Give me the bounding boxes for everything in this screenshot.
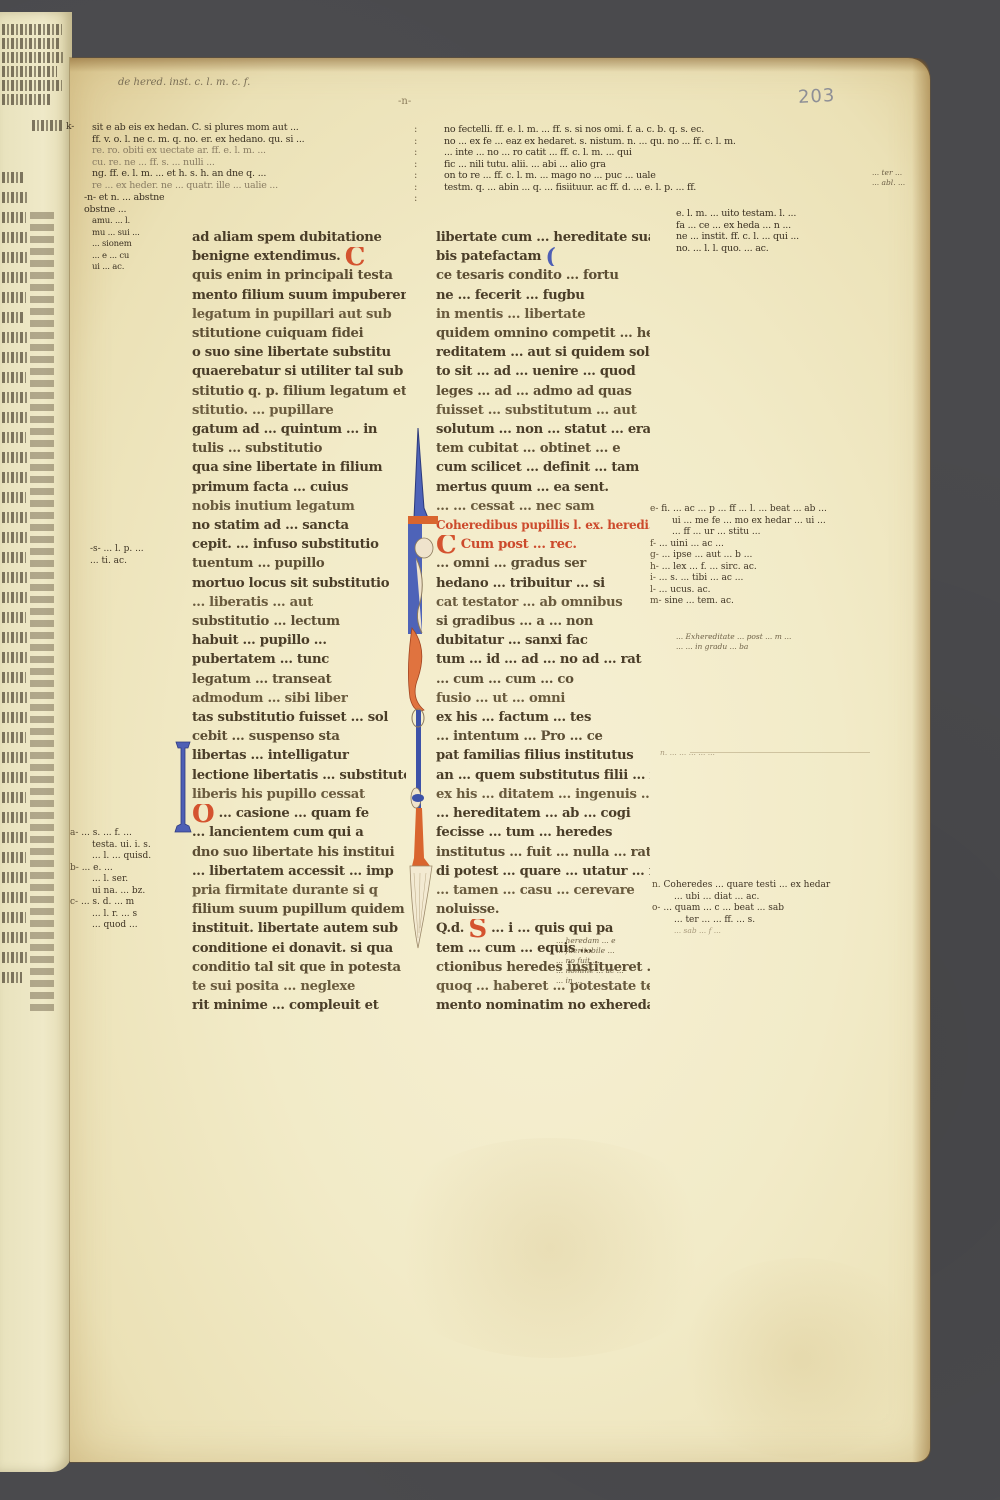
running-head: de hered. inst. c. l. m. c. f. bbox=[118, 77, 250, 88]
folio-number: 203 bbox=[797, 85, 835, 108]
top-gloss-left-marker: k- bbox=[66, 122, 74, 134]
red-initial-o: O bbox=[192, 805, 214, 823]
faint-note-below-column: ... heredam ... e ... fueritabile ... ..… bbox=[556, 936, 666, 986]
rubric-heading: Coheredibus pupillis l. ex. heredi. bbox=[436, 516, 650, 535]
left-gloss-column: amu. ... l. mu ... sui ... ... sionem ..… bbox=[92, 216, 162, 274]
left-margin-note-middle: -s- ... l. p. ... ... ti. ac. bbox=[90, 544, 170, 567]
top-gloss-right-sub: e. l. m. ... uito testam. l. ... fa ... … bbox=[676, 208, 856, 254]
red-initial-c2: C bbox=[436, 536, 456, 554]
right-margin-notes-middle: e- fi. ... ac ... p ... ff ... l. ... be… bbox=[650, 504, 850, 608]
right-margin-note-top: ... ter ... ... abl. ... bbox=[872, 168, 932, 188]
right-margin-notes-lower: n. Coheredes ... quare testi ... ex heda… bbox=[652, 880, 852, 936]
right-margin-cursive-note: ... Exhereditate ... post ... m ... ... … bbox=[676, 632, 876, 652]
blue-initial-i bbox=[172, 738, 194, 836]
top-center-mark: -n- bbox=[398, 96, 411, 107]
illuminated-initial-figure bbox=[404, 428, 438, 988]
text-column-right: libertate cum ... hereditate sua bis pat… bbox=[436, 228, 650, 1015]
blue-paragraph-mark: ( bbox=[545, 248, 555, 266]
verso-page-edge bbox=[0, 12, 72, 1472]
text-column-left: ad aliam spem dubitatione benigne extend… bbox=[192, 228, 406, 1015]
red-initial-s: S bbox=[468, 920, 486, 938]
left-margin-note-a: a- ... s. ... f. ... testa. ui. i. s. ..… bbox=[70, 828, 170, 932]
red-initial-c: C bbox=[345, 248, 365, 266]
right-margin-faint-note: n. ... ... ... ... ... bbox=[660, 748, 860, 758]
top-gloss-right: no fectelli. ff. e. l. m. ... ff. s. si … bbox=[444, 124, 864, 193]
top-gloss-left: sit e ab eis ex hedan. C. si plures mom … bbox=[92, 122, 392, 191]
top-gloss-left-continuation: -n- et n. ... abstne obstne ... bbox=[84, 192, 164, 215]
gloss-divider-dots: ::::::: bbox=[414, 124, 417, 205]
